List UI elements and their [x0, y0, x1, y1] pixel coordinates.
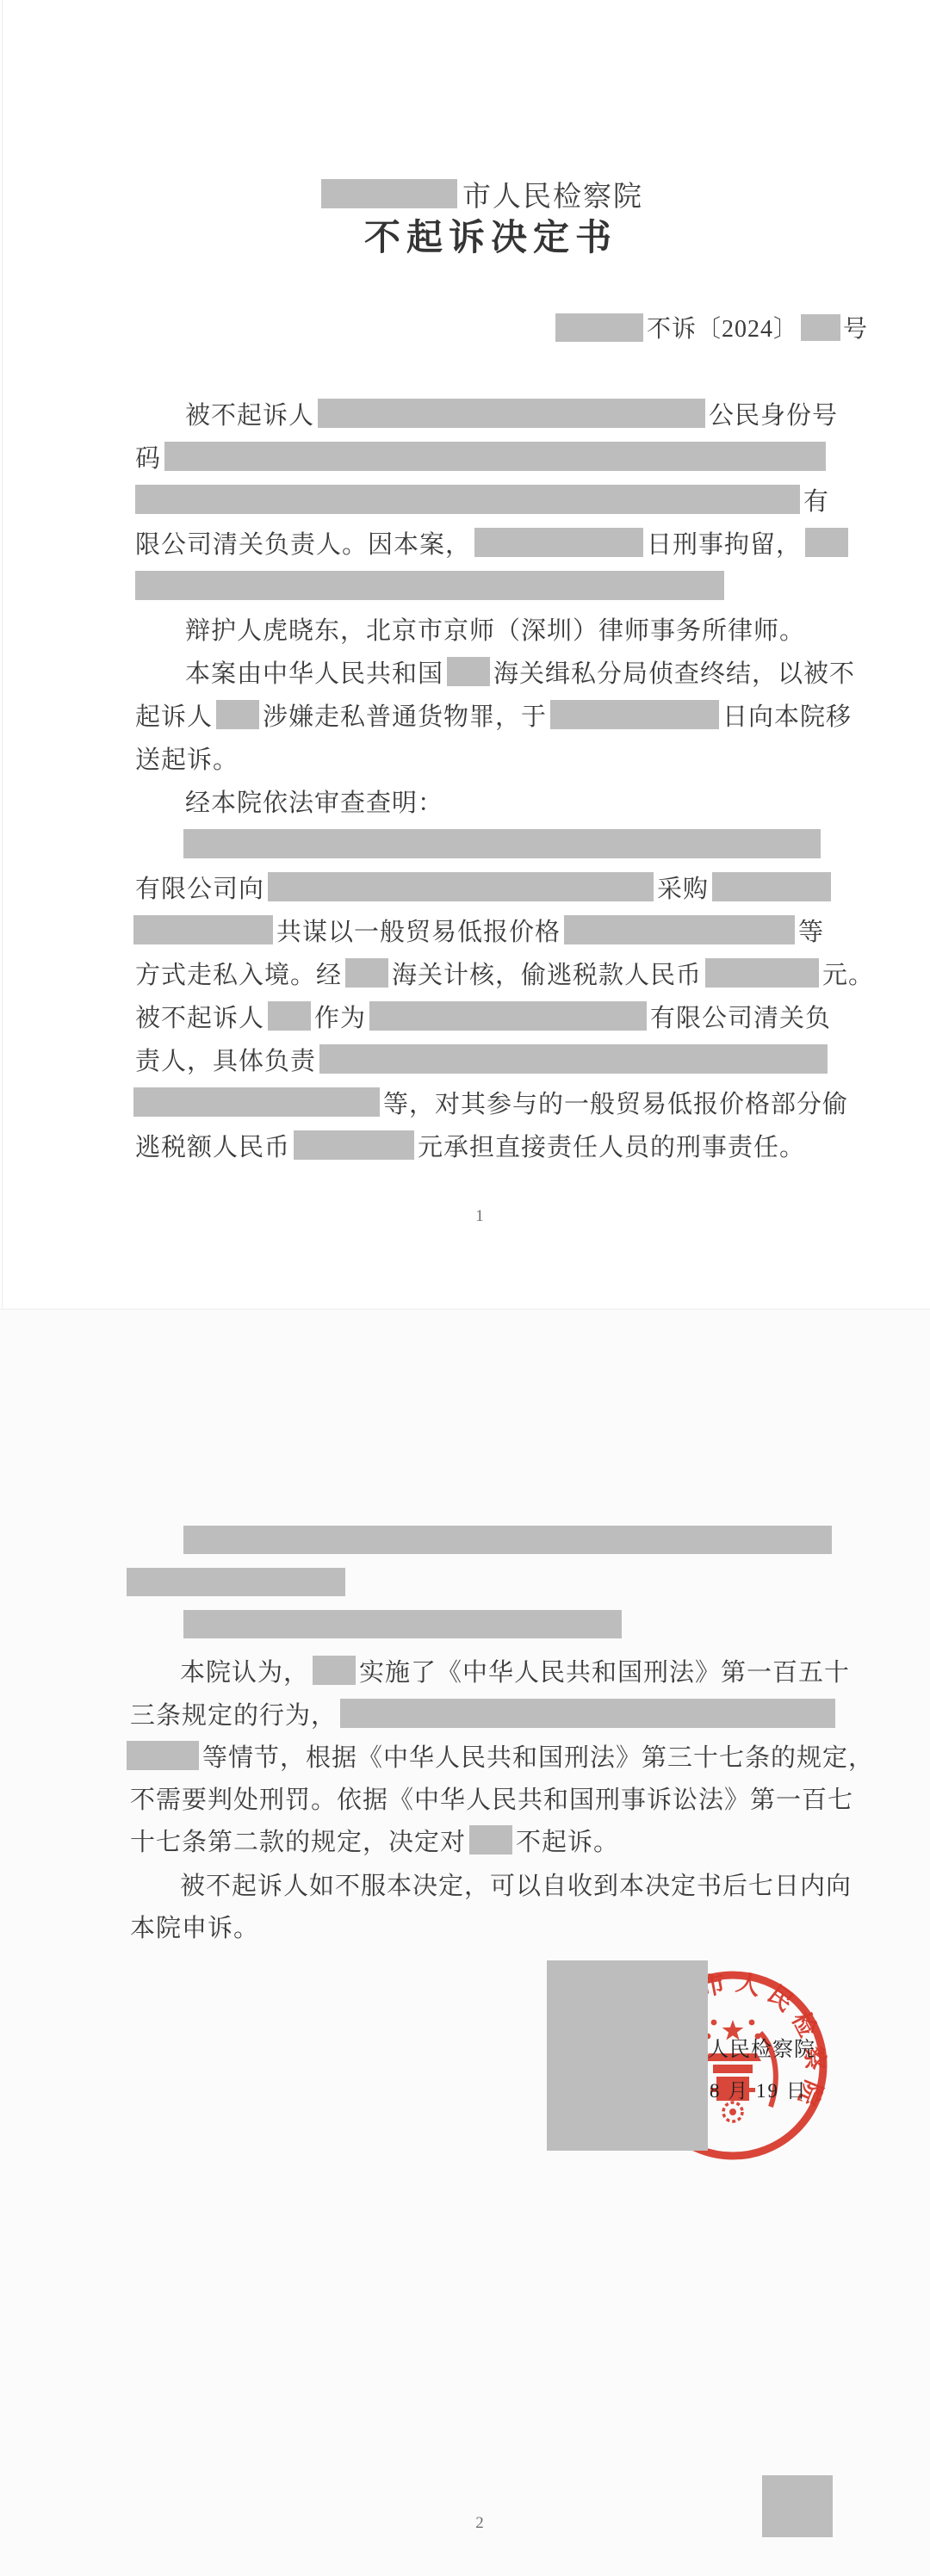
- line-text: 十七条第二款的规定，决定对: [130, 1823, 466, 1858]
- line-text: 被不起诉人: [185, 396, 314, 431]
- redaction-box: [183, 1526, 832, 1554]
- line-text: 经本院依法审查查明：: [185, 783, 443, 819]
- redaction-box: [268, 1001, 311, 1031]
- redaction-box: [705, 958, 819, 988]
- body-line: 等，对其参与的一般贸易低报价格部分偷: [133, 1085, 848, 1119]
- redaction-box: [550, 700, 719, 729]
- line-text: 等: [798, 913, 824, 948]
- body-line: 码: [135, 439, 829, 474]
- line-text: 本院申诉。: [130, 1909, 259, 1944]
- redaction-box: [345, 958, 388, 988]
- redaction-box: [319, 1044, 828, 1074]
- procuratorate-name-line: 市人民检察院: [15, 175, 930, 213]
- redaction-box: [313, 1656, 356, 1685]
- line-text: 不需要判处刑罚。依据《中华人民共和国刑事诉讼法》第一百七: [130, 1780, 853, 1816]
- line-text: 辩护人虎晓东，北京市京师（深圳）律师事务所律师。: [185, 611, 805, 647]
- line-text: 限公司清关负责人。因本案，: [135, 525, 471, 560]
- line-text: 被不起诉人: [135, 999, 264, 1034]
- line-text: 实施了《中华人民共和国刑法》第一百五十: [359, 1653, 850, 1688]
- redaction-box: [564, 915, 795, 944]
- line-text: 码: [135, 439, 161, 474]
- doc-number-end: 号: [843, 310, 868, 344]
- line-text: 作为: [314, 999, 366, 1034]
- redaction-box: [801, 314, 840, 341]
- redaction-box: [712, 872, 831, 901]
- line-text: 责人，具体负责: [135, 1042, 316, 1077]
- redaction-box: [469, 1825, 512, 1855]
- redaction-box: [183, 1610, 622, 1638]
- body-line: 送起诉。: [135, 740, 239, 775]
- line-text: 采购: [657, 870, 709, 905]
- body-line: 被不起诉人 公民身份号: [135, 396, 838, 430]
- line-text: 本院认为，: [180, 1653, 309, 1688]
- redaction-box: [127, 1568, 345, 1596]
- line-text: 被不起诉人如不服本决定，可以自收到本决定书后七日内向: [180, 1867, 852, 1902]
- body-line: 有: [135, 482, 829, 517]
- redaction-box: [127, 1741, 199, 1770]
- body-line: 方式走私入境。经 海关计核，偷逃税款人民币 元。: [135, 956, 874, 990]
- body-line: 等情节，根据《中华人民共和国刑法》第三十七条的规定，: [127, 1738, 874, 1773]
- redaction-box: [183, 829, 821, 858]
- page-number: 1: [15, 1207, 930, 1226]
- doc-number-line: 不诉〔2024〕 号: [555, 309, 868, 345]
- body-line: 经本院依法审查查明：: [135, 783, 443, 818]
- body-line: 本院认为， 实施了《中华人民共和国刑法》第一百五十: [130, 1653, 850, 1687]
- redaction-box: [321, 179, 457, 208]
- org-name-suffix: 市人民检察院: [462, 174, 643, 214]
- stamp-date-text: 8 月 19 日: [710, 2075, 808, 2103]
- line-text: 等，对其参与的一般贸易低报价格部分偷: [383, 1085, 848, 1120]
- non-prosecution-decision-document: 市人民检察院 不起诉决定书 不诉〔2024〕 号 被不起诉人 公民身份号 码 有…: [0, 0, 930, 2576]
- scan-edge-line: [2, 0, 3, 1309]
- body-line: 被不起诉人如不服本决定，可以自收到本决定书后七日内向: [130, 1867, 852, 1901]
- line-text: 起诉人: [135, 697, 213, 733]
- line-text: 方式走私入境。经: [135, 956, 342, 991]
- line-text: 有: [803, 482, 829, 517]
- redaction-box: [133, 915, 273, 944]
- body-line: 三条规定的行为，: [130, 1696, 839, 1731]
- redaction-box: [318, 399, 705, 428]
- line-text: 有限公司清关负: [650, 999, 831, 1034]
- redaction-box: [369, 1001, 647, 1031]
- body-line: 被不起诉人 作为 有限公司清关负: [135, 999, 831, 1033]
- redaction-box: [805, 528, 848, 557]
- line-text: 本案由中华人民共和国: [185, 654, 443, 690]
- line-text: 不起诉。: [516, 1823, 619, 1858]
- line-text: 日刑事拘留，: [647, 525, 802, 560]
- redaction-box: [135, 571, 724, 600]
- doc-title: 不起诉决定书: [26, 213, 930, 257]
- redaction-box: [555, 313, 643, 342]
- redaction-box: [340, 1699, 835, 1728]
- body-line: 责人，具体负责: [135, 1042, 831, 1076]
- doc-number-mid: 不诉〔2024〕: [647, 310, 798, 344]
- redaction-box: [135, 485, 800, 514]
- line-text: 送起诉。: [135, 740, 239, 776]
- redaction-box: [133, 1087, 380, 1117]
- line-text: 逃税额人民币: [135, 1128, 290, 1163]
- redaction-box: [294, 1130, 414, 1160]
- body-line: 本案由中华人民共和国 海关缉私分局侦查终结，以被不: [135, 654, 855, 689]
- page-number: 2: [15, 2514, 930, 2533]
- line-text: 日向本院移: [722, 697, 852, 733]
- line-text: 共谋以一般贸易低报价格: [276, 913, 561, 948]
- body-line: [135, 568, 728, 603]
- body-line: 起诉人 涉嫌走私普通货物罪，于 日向本院移: [135, 697, 852, 732]
- body-line: [183, 827, 824, 861]
- body-line: 限公司清关负责人。因本案， 日刑事拘留，: [135, 525, 852, 560]
- line-text: 公民身份号: [709, 396, 838, 431]
- stamp-org-text: 人民检察院: [708, 2032, 815, 2062]
- line-text: 元。: [822, 956, 874, 991]
- body-line: 不需要判处刑罚。依据《中华人民共和国刑事诉讼法》第一百七: [130, 1780, 853, 1815]
- redaction-box: [164, 442, 826, 471]
- line-text: 元承担直接责任人员的刑事责任。: [418, 1128, 805, 1163]
- body-line: 有限公司向 采购: [135, 870, 834, 904]
- redaction-box: [547, 1960, 708, 2151]
- body-line: 逃税额人民币 元承担直接责任人员的刑事责任。: [135, 1128, 805, 1162]
- line-text: 海关缉私分局侦查终结，以被不: [493, 654, 855, 690]
- body-line: 辩护人虎晓东，北京市京师（深圳）律师事务所律师。: [135, 611, 805, 646]
- redaction-box: [216, 700, 259, 729]
- line-text: 等情节，根据《中华人民共和国刑法》第三十七条的规定，: [202, 1738, 874, 1774]
- body-line: 共谋以一般贸易低报价格 等: [133, 913, 824, 947]
- line-text: 涉嫌走私普通货物罪，于: [263, 697, 547, 733]
- body-line: 十七条第二款的规定，决定对 不起诉。: [130, 1823, 619, 1857]
- redaction-box: [447, 657, 490, 686]
- body-line: 本院申诉。: [130, 1909, 259, 1943]
- line-text: 海关计核，偷逃税款人民币: [392, 956, 702, 991]
- line-text: 有限公司向: [135, 870, 264, 905]
- line-text: 三条规定的行为，: [130, 1696, 337, 1731]
- redaction-box: [268, 872, 654, 901]
- redaction-box: [474, 528, 643, 557]
